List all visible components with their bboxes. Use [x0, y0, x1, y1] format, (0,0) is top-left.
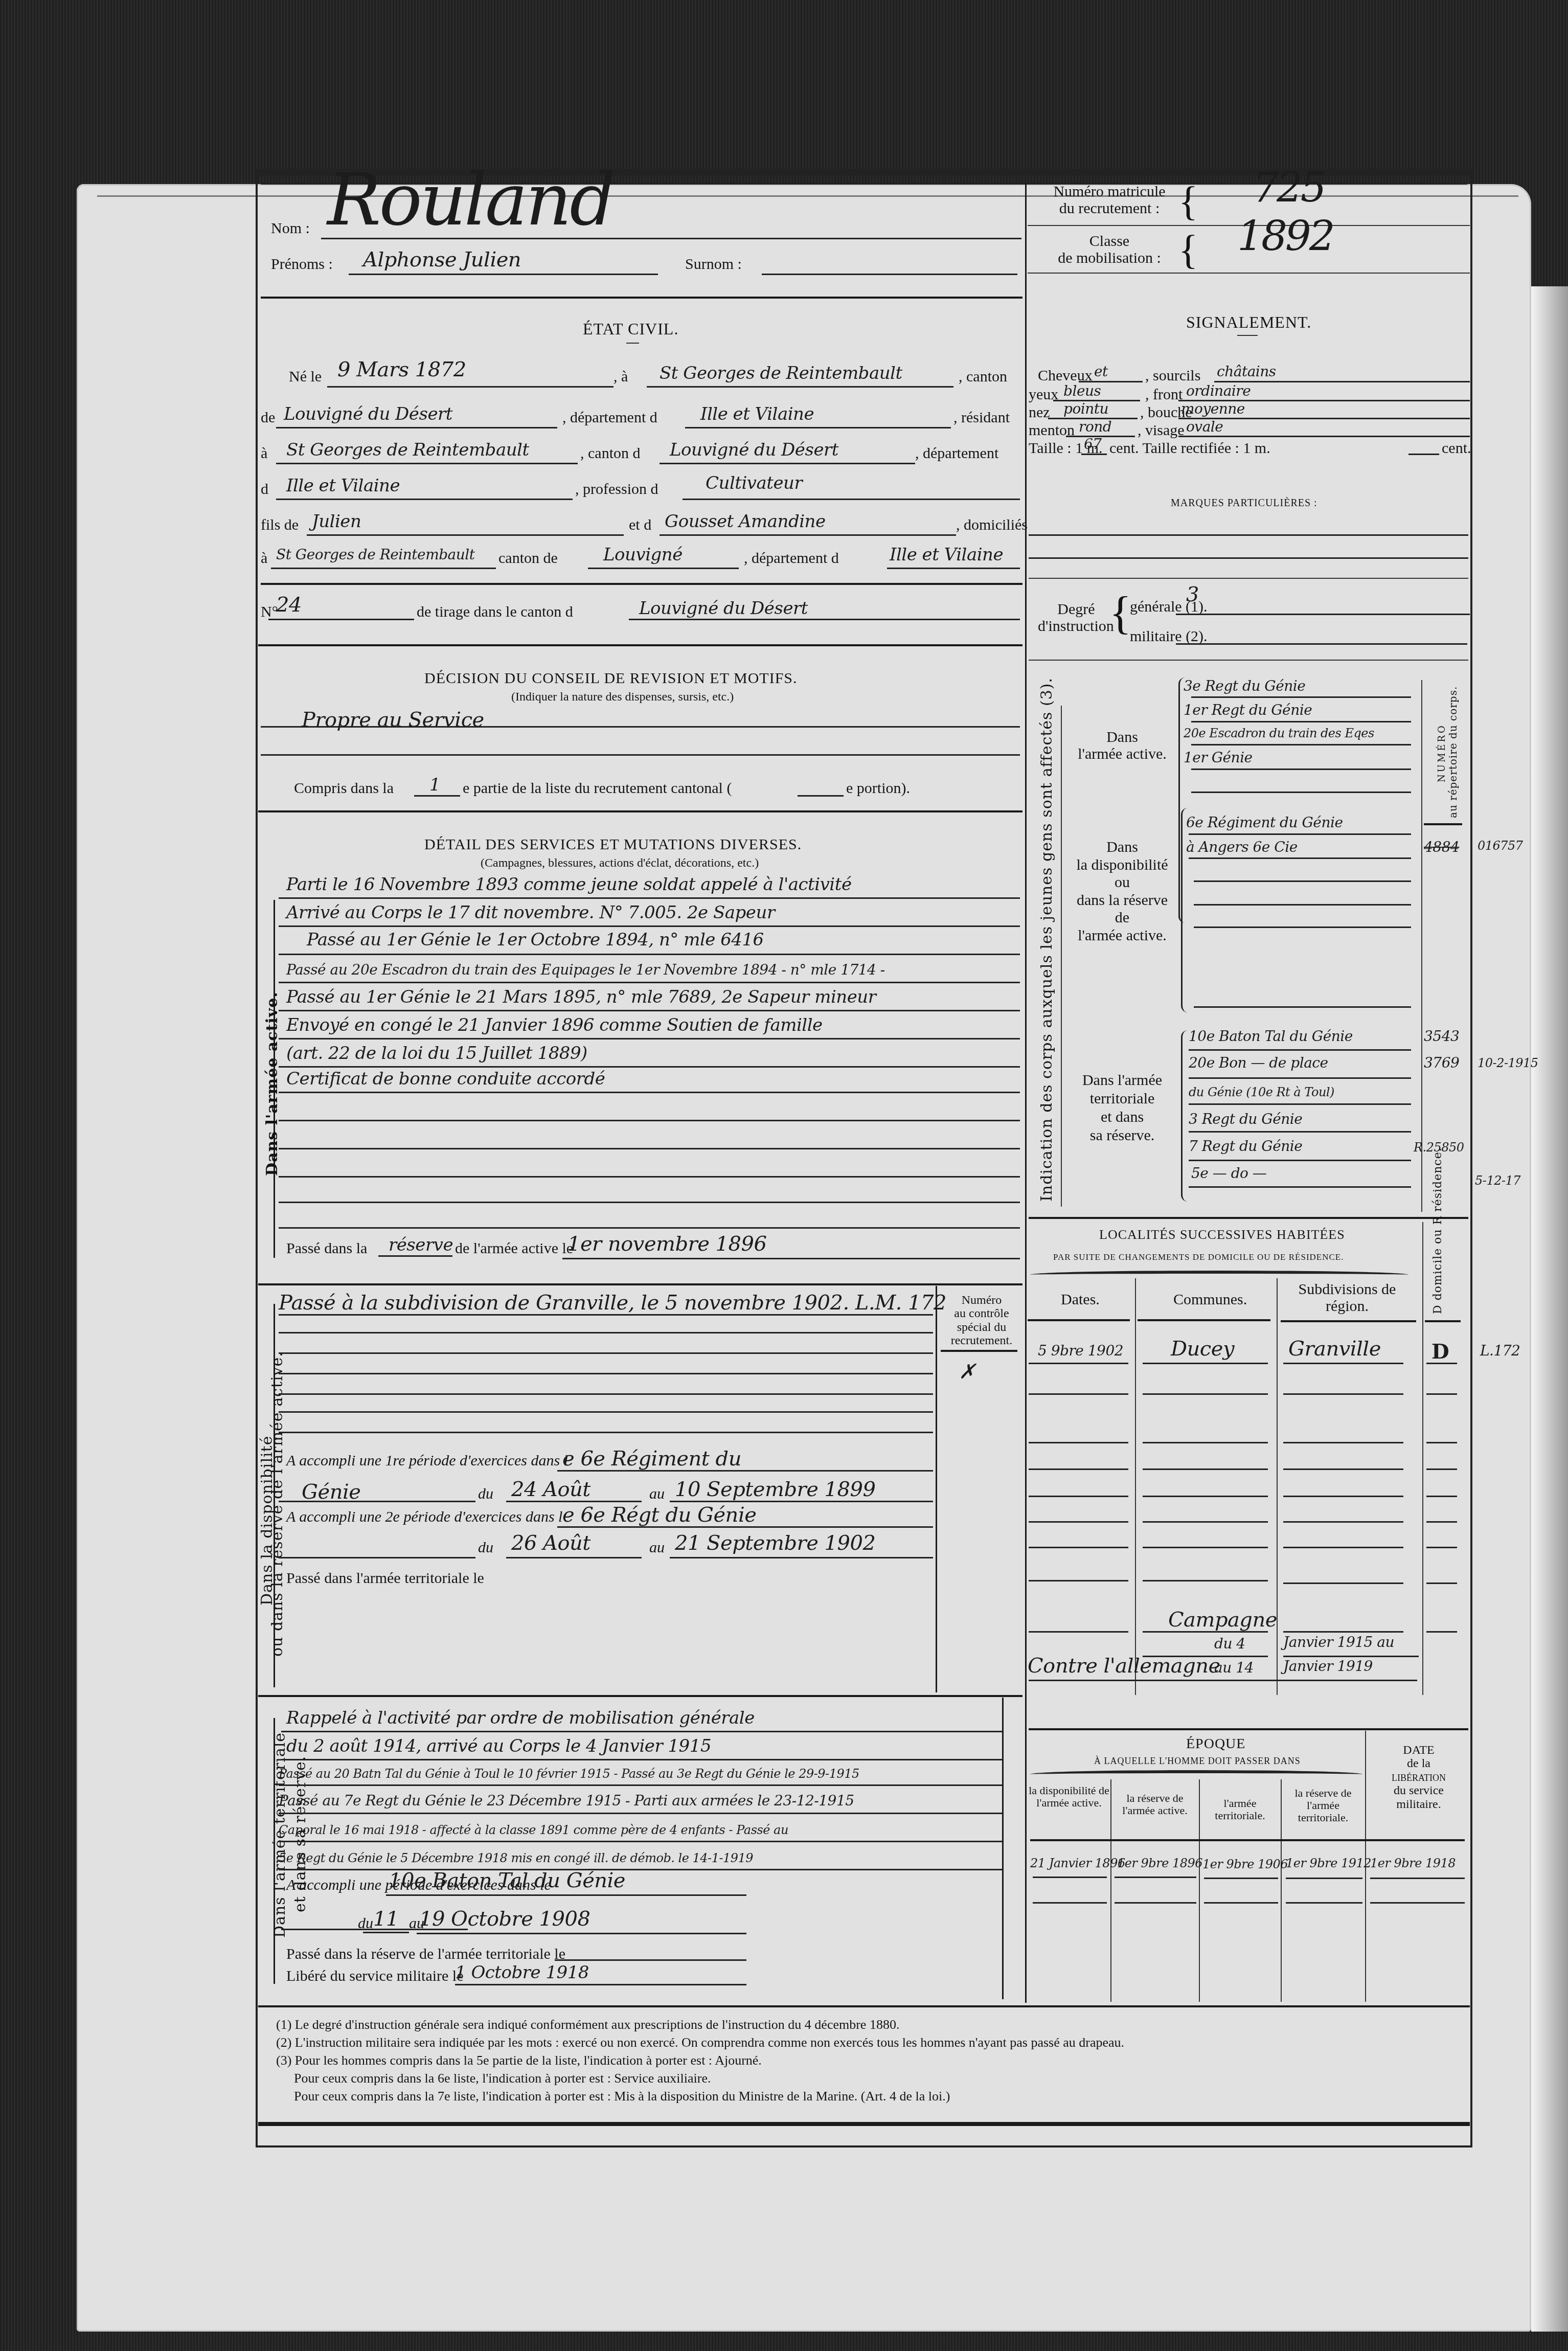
underline: [1214, 381, 1470, 382]
underline: [1143, 1468, 1268, 1470]
rule: [1029, 1728, 1468, 1730]
territoriale-numero[interactable]: 3543: [1424, 1028, 1459, 1045]
underline: [1426, 1442, 1457, 1443]
res-a-label: à: [261, 445, 267, 462]
underline: [1143, 1393, 1268, 1395]
disponibilite-numero[interactable]: 4884: [1424, 839, 1459, 855]
underline: [1283, 1363, 1403, 1364]
tirage-label: de tirage dans le canton d: [417, 603, 573, 620]
tirage-no-label: N°: [261, 603, 278, 620]
underline: [279, 1373, 933, 1374]
periode2-unit[interactable]: e 6e Régt du Génie: [562, 1503, 756, 1527]
column-divider: [1025, 183, 1027, 2003]
compris-value[interactable]: 1: [429, 775, 440, 795]
res-canton-label: , canton d: [580, 445, 640, 462]
taille-value[interactable]: 67: [1084, 436, 1102, 453]
epoque-col-header: la réserve de l'armée active.: [1112, 1792, 1198, 1817]
underline: [1178, 436, 1470, 437]
surnom-underline: [762, 274, 1017, 275]
underline: [455, 1984, 746, 1985]
fils-de-label: fils de: [261, 516, 299, 533]
underline: [1115, 1902, 1196, 1904]
front-value[interactable]: ordinaire: [1186, 382, 1251, 399]
col-divider: [1277, 1278, 1278, 1695]
classe-value[interactable]: 1892: [1237, 212, 1333, 260]
services-line[interactable]: Passé au 1er Génie le 21 Mars 1895, n° m…: [286, 987, 876, 1007]
underline: [1189, 1160, 1411, 1161]
label-line: et dans: [1101, 1109, 1144, 1125]
nez-value[interactable]: pointu: [1063, 400, 1108, 417]
rule: [1030, 1839, 1465, 1841]
mere-value[interactable]: Gousset Amandine: [665, 511, 826, 532]
decision-subtitle: (Indiquer la nature des dispenses, sursi…: [511, 690, 734, 704]
underline: [279, 1092, 1020, 1093]
classe-label-line: Classe: [1089, 233, 1129, 250]
underline: [261, 754, 1020, 756]
compris-label: Compris dans la: [294, 780, 394, 797]
epoque-value[interactable]: 1er 9bre 1906: [1202, 1857, 1288, 1871]
underline: [506, 1557, 642, 1558]
underline: [363, 1932, 409, 1933]
passe-reserve-value[interactable]: réserve: [389, 1235, 453, 1255]
label-line: militaire.: [1396, 1798, 1441, 1811]
underline: [279, 925, 1020, 927]
localite-subdivision[interactable]: Granville: [1288, 1337, 1381, 1361]
cheveux-value[interactable]: et: [1094, 363, 1108, 380]
underline: [1426, 1631, 1457, 1633]
services-line[interactable]: Envoyé en congé le 21 Janvier 1896 comme…: [286, 1015, 823, 1035]
active-label: Dans l'armée active.: [1069, 729, 1176, 762]
disponibilite-side-label-2: ou dans la réserve de l'armée active.: [268, 1351, 286, 1657]
matricule-label: Numéro matricule du recrutement :: [1033, 183, 1186, 217]
underline: [555, 1959, 746, 1961]
underline: [1029, 534, 1468, 536]
underline: [279, 1813, 1002, 1814]
label-line: ou: [1115, 874, 1130, 891]
underline: [1370, 1902, 1465, 1904]
campagne-line: du 4: [1214, 1635, 1245, 1652]
services-line[interactable]: Passé au 20e Escadron du train des Equip…: [286, 961, 885, 978]
epoque-col-header: l'armée territoriale.: [1200, 1797, 1280, 1822]
underline: [279, 1869, 1002, 1870]
epoque-title: ÉPOQUE: [1186, 1736, 1245, 1752]
underline: [261, 726, 1020, 728]
col-divider: [1110, 1779, 1111, 2002]
territoriale-line[interactable]: Passé au 7e Regt du Génie le 23 Décembre…: [279, 1792, 854, 1809]
departement-value[interactable]: Ille et Vilaine: [700, 404, 814, 424]
date-liberation-header: DATE de la LIBÉRATION du service militai…: [1370, 1744, 1467, 1811]
disponibilite-line[interactable]: Passé à la subdivision de Granville, le …: [279, 1291, 946, 1315]
territoriale-corps-line[interactable]: du Génie (10e Rt à Toul): [1189, 1085, 1334, 1099]
territoriale-periode-du[interactable]: 11: [373, 1907, 399, 1931]
underline: [1426, 1547, 1457, 1548]
underline: [1115, 1877, 1196, 1878]
rule: [261, 297, 1022, 299]
front-label: , front: [1145, 386, 1183, 403]
epoque-col-header: la réserve de l'armée territoriale.: [1282, 1787, 1364, 1824]
classe-label-line: de mobilisation :: [1058, 250, 1161, 266]
underline: [1029, 1580, 1128, 1581]
menton-value[interactable]: rond: [1079, 418, 1111, 435]
du-label: du: [478, 1539, 493, 1556]
underline: [629, 619, 1020, 620]
campagne-line: Janvier 1919: [1283, 1658, 1373, 1675]
campagne-line: Janvier 1915 au: [1283, 1634, 1394, 1651]
territoriale-corps-line[interactable]: 3 Regt du Génie: [1189, 1111, 1302, 1127]
territoriale-line[interactable]: du 2 août 1914, arrivé au Corps le 4 Jan…: [286, 1736, 711, 1756]
ornament-brace: [1030, 1271, 1408, 1279]
lieu-naissance-value[interactable]: St Georges de Reintembault: [660, 363, 902, 383]
rule: [1424, 823, 1462, 825]
underline: [1283, 1521, 1403, 1523]
footnote: (2) L'instruction militaire sera indiqué…: [276, 2035, 1124, 2050]
numero-header-line: au contrôle: [954, 1307, 1009, 1320]
epoque-value[interactable]: 1er 9bre 1912: [1286, 1856, 1371, 1870]
nom-underline: [321, 238, 1021, 239]
compris-label-2: e partie de la liste du recrutement cant…: [463, 780, 732, 797]
sourcils-value[interactable]: châtains: [1217, 363, 1276, 380]
services-line[interactable]: (art. 22 de la loi du 15 Juillet 1889): [286, 1043, 587, 1064]
prenoms-label: Prénoms :: [271, 256, 333, 273]
prenoms-value[interactable]: Alphonse Julien: [363, 248, 521, 272]
epoque-value[interactable]: 21 Janvier 1896: [1030, 1856, 1125, 1870]
rule: [258, 1695, 1022, 1697]
instruction-label: Degré d'instruction :: [1038, 601, 1115, 635]
numero-header-line: Numéro: [962, 1294, 1002, 1307]
periode1-unit[interactable]: e 6e Régiment du: [562, 1447, 741, 1471]
nez-label: nez: [1029, 404, 1050, 421]
underline: [281, 1731, 1002, 1732]
passe-territoriale-label: Passé dans l'armée territoriale le: [286, 1570, 484, 1587]
periode2-du[interactable]: 26 Août: [511, 1531, 590, 1555]
tirage-no-value[interactable]: 24: [276, 593, 302, 617]
marques-label: MARQUES PARTICULIÈRES :: [1171, 498, 1317, 509]
rule: [258, 810, 1022, 812]
col-divider: [1199, 1779, 1200, 2002]
epoque-value[interactable]: 1er 9bre 1896: [1117, 1856, 1202, 1870]
underline: [1029, 1547, 1128, 1548]
underline: [1029, 1631, 1128, 1633]
dom-value[interactable]: St Georges de Reintembault: [276, 546, 475, 563]
etat-civil-title: ÉTAT CIVIL.: [583, 320, 678, 338]
canton-value[interactable]: Louvigné du Désert: [284, 404, 452, 424]
territoriale-label: Dans l'armée territoriale et dans sa rés…: [1069, 1071, 1176, 1145]
rule: [1028, 1319, 1130, 1321]
underline: [1283, 1631, 1403, 1633]
ne-le-label: Né le: [289, 368, 322, 385]
underline: [1283, 1468, 1403, 1470]
reserve-territoriale-label: Passé dans la réserve de l'armée territo…: [286, 1946, 565, 1962]
underline: [1191, 792, 1411, 793]
au-label: au: [649, 1539, 665, 1556]
underline: [279, 1227, 1020, 1229]
underline: [1426, 1468, 1457, 1470]
campagne-line: au 14: [1214, 1659, 1254, 1676]
passe-date-value[interactable]: 1er novembre 1896: [567, 1232, 766, 1256]
periode1-du[interactable]: 24 Août: [511, 1478, 590, 1501]
rule: [1281, 1320, 1416, 1322]
underline: [1189, 833, 1411, 835]
margin-note: L.172: [1480, 1342, 1520, 1359]
underline: [1033, 1877, 1107, 1878]
underline: [279, 1432, 933, 1433]
classe-label: Classe de mobilisation :: [1033, 233, 1186, 266]
res-departement-label: , département: [915, 445, 998, 462]
underline: [1194, 904, 1411, 906]
pere-value[interactable]: Julien: [312, 511, 361, 532]
brace-icon: {: [1178, 179, 1198, 224]
services-line[interactable]: Passé au 1er Génie le 1er Octobre 1894, …: [307, 930, 764, 950]
rule: [626, 343, 639, 344]
underline: [1426, 1521, 1457, 1523]
underline: [279, 954, 1020, 955]
signalement-title: SIGNALEMENT.: [1186, 313, 1311, 332]
underline: [1286, 1902, 1362, 1904]
underline: [887, 568, 1020, 569]
services-title: DÉTAIL DES SERVICES ET MUTATIONS DIVERSE…: [424, 836, 802, 853]
territoriale-brace: [1181, 1030, 1188, 1202]
departement-label: , département d: [562, 409, 657, 426]
underline: [1283, 1583, 1403, 1584]
underline: [279, 982, 1020, 983]
territoriale-line[interactable]: Rappelé à l'activité par ordre de mobili…: [286, 1708, 755, 1728]
underline: [1143, 1521, 1268, 1523]
underline: [1408, 454, 1439, 455]
taille-label-3: cent.: [1442, 440, 1471, 457]
label-line: l'armée active.: [1078, 745, 1167, 762]
underline: [279, 897, 1020, 899]
underline: [271, 568, 496, 569]
du-label: du: [478, 1485, 493, 1502]
underline: [279, 1066, 1020, 1068]
libere-label: Libéré du service militaire le: [286, 1968, 464, 1984]
label-line: LIBÉRATION: [1392, 1773, 1446, 1783]
periode1-label: A accompli une 1re période d'exercices d…: [286, 1452, 568, 1469]
yeux-value[interactable]: bleus: [1063, 382, 1101, 399]
underline: [506, 1501, 642, 1502]
dom-departement-label: , département d: [744, 550, 839, 567]
underline: [276, 499, 573, 500]
underline: [1189, 1131, 1411, 1133]
corps-bracket: [1061, 706, 1062, 1207]
profession-value[interactable]: Cultivateur: [706, 473, 802, 493]
underline: [1191, 744, 1411, 745]
rule: [1029, 1217, 1468, 1219]
underline: [386, 1894, 746, 1896]
res-departement-value[interactable]: Ille et Vilaine: [286, 476, 400, 496]
label-line: dans la réserve: [1077, 892, 1168, 909]
territoriale-corps-line[interactable]: 20e Bon — de place: [1189, 1054, 1328, 1071]
et-de-label: et d: [629, 516, 651, 533]
underline: [276, 427, 557, 428]
a-label: , à: [613, 368, 628, 385]
underline: [279, 1038, 1020, 1039]
epoque-col-header: la disponibilité de l'armée active.: [1029, 1784, 1109, 1809]
underline: [670, 1557, 933, 1558]
dr-header: D domicile ou R résidence.: [1431, 1147, 1444, 1314]
underline: [1194, 1006, 1411, 1008]
numero-column-divider: [936, 1286, 937, 1692]
numero-header-line: spécial du: [957, 1321, 1007, 1334]
underline: [1029, 1521, 1128, 1523]
underline: [1176, 614, 1470, 615]
rule: [941, 1350, 1017, 1352]
next-page-edge: [1531, 286, 1568, 2332]
margin-note: 5-12-17: [1475, 1173, 1520, 1188]
underline: [1191, 721, 1411, 722]
dr-divider: [1422, 1222, 1423, 1695]
numero-header-line: recrutement.: [951, 1334, 1013, 1347]
territoriale-corps-line[interactable]: 5e — do —: [1191, 1165, 1266, 1182]
de-label: de: [261, 409, 275, 426]
underline: [279, 1841, 1002, 1842]
ne-le-value[interactable]: 9 Mars 1872: [337, 358, 466, 381]
territoriale-numero[interactable]: 3769: [1424, 1054, 1459, 1071]
taille-label-2: cent. Taille rectifiée : 1 m.: [1109, 440, 1270, 457]
underline: [1283, 1656, 1419, 1657]
underline: [414, 795, 460, 797]
numero-mark: ✗: [959, 1360, 975, 1384]
localites-title: LOCALITÉS SUCCESSIVES HABITÉES: [1099, 1227, 1345, 1242]
label-line: sa réserve.: [1090, 1127, 1155, 1144]
rule: [1237, 335, 1258, 336]
label-line: la disponibilité: [1076, 856, 1168, 873]
territoriale-line[interactable]: Caporal le 16 mai 1918 - affecté à la cl…: [279, 1823, 788, 1837]
res-canton-value[interactable]: Louvigné du Désert: [670, 440, 838, 460]
rule: [258, 2005, 1470, 2007]
underline: [276, 463, 578, 464]
territoriale-corps-line[interactable]: 7 Regt du Génie: [1189, 1138, 1302, 1155]
underline: [279, 1393, 933, 1395]
visage-label: , visage: [1138, 422, 1185, 439]
underline: [660, 463, 915, 464]
territoriale-line[interactable]: 5e Regt du Génie le 5 Décembre 1918 mis …: [279, 1851, 753, 1865]
localite-date[interactable]: 5 9bre 1902: [1038, 1342, 1123, 1359]
underline: [557, 1526, 933, 1528]
nom-label: Nom :: [271, 220, 310, 237]
territoriale-periode-unit[interactable]: 10e Baton Tal du Génie: [389, 1869, 625, 1892]
underline: [1143, 1547, 1268, 1548]
label-line: de: [1115, 909, 1129, 926]
underline: [1189, 1103, 1411, 1105]
ornament-brace: [1030, 1770, 1362, 1778]
residence-value[interactable]: St Georges de Reintembault: [286, 440, 529, 460]
underline: [279, 1332, 933, 1333]
nom-value[interactable]: Rouland: [327, 159, 613, 242]
epoque-value[interactable]: 1er 9bre 1918: [1370, 1856, 1456, 1870]
rule: [1028, 273, 1470, 274]
underline: [1143, 1580, 1268, 1581]
underline: [281, 1759, 1002, 1760]
underline: [1029, 1442, 1128, 1443]
tirage-canton-value[interactable]: Louvigné du Désert: [639, 598, 808, 619]
generale-value[interactable]: 3: [1186, 583, 1199, 606]
rule: [261, 583, 1022, 585]
underline: [279, 1148, 1020, 1149]
underline: [1283, 1393, 1403, 1395]
localite-commune[interactable]: Ducey: [1171, 1337, 1234, 1361]
territoriale-periode-au[interactable]: 19 Octobre 1908: [419, 1907, 590, 1931]
underline: [279, 1010, 1020, 1011]
services-line[interactable]: Arrivé au Corps le 17 dit novembre. N° 7…: [286, 902, 775, 923]
disponibilite-line[interactable]: 6e Régiment du Génie: [1186, 814, 1343, 831]
label-line: Dans: [1106, 839, 1138, 855]
underline: [268, 619, 414, 620]
territoriale-corps-line[interactable]: 10e Baton Tal du Génie: [1189, 1028, 1353, 1045]
margin-note: 016757: [1478, 839, 1523, 853]
dom-canton-label: canton de: [498, 550, 558, 567]
services-line[interactable]: Parti le 16 Novembre 1893 comme jeune so…: [286, 874, 852, 895]
dom-departement-value[interactable]: Ille et Vilaine: [890, 545, 1003, 565]
label-line: DATE: [1403, 1744, 1434, 1757]
brace-icon: {: [1178, 228, 1198, 273]
underline: [279, 1557, 475, 1558]
residant-label: , résidant: [953, 409, 1010, 426]
periode2-au[interactable]: 21 Septembre 1902: [675, 1531, 875, 1555]
footnote: (1) Le degré d'instruction générale sera…: [276, 2017, 899, 2032]
underline: [683, 499, 1020, 500]
underline: [1029, 1680, 1417, 1681]
active-line[interactable]: 20e Escadron du train des Eqes: [1184, 726, 1374, 740]
underline: [588, 568, 739, 569]
numero-repertoire-header-2: au répertoire du corps.: [1447, 686, 1459, 818]
underline: [685, 427, 951, 428]
instruction-label-line: Degré: [1057, 601, 1095, 618]
dom-canton-value[interactable]: Louvigné: [603, 545, 683, 565]
matricule-label-line: du recrutement :: [1059, 200, 1160, 217]
bouche-value[interactable]: moyenne: [1181, 400, 1245, 417]
territoriale-divider: [1002, 1698, 1004, 1999]
disponibilite-line[interactable]: à Angers 6e Cie: [1186, 839, 1298, 855]
localites-subtitle: PAR SUITE DE CHANGEMENTS DE DOMICILE OU …: [1053, 1253, 1344, 1262]
label-line: de la: [1407, 1757, 1430, 1770]
margin-note: 10-2-1915: [1478, 1056, 1538, 1070]
underline: [660, 534, 956, 536]
sourcils-label: , sourcils: [1145, 367, 1200, 384]
active-line[interactable]: 3e Regt du Génie: [1184, 677, 1305, 694]
visage-value[interactable]: ovale: [1186, 418, 1223, 435]
communes-header: Communes.: [1173, 1291, 1247, 1308]
services-line[interactable]: Certificat de bonne conduite accordé: [286, 1069, 605, 1089]
res-dept-prefix: d: [261, 481, 268, 498]
numero-header: Numéro au contrôle spécial du recrutemen…: [943, 1294, 1020, 1348]
territoriale-line[interactable]: Passé au 20 Batn Tal du Génie à Toul le …: [279, 1767, 859, 1781]
active-line[interactable]: 1er Regt du Génie: [1184, 702, 1312, 718]
underline: [1191, 768, 1411, 770]
periode2-label: A accompli une 2e période d'exercices da…: [286, 1508, 562, 1525]
militaire-label: militaire (2).: [1130, 628, 1208, 645]
libere-value[interactable]: 1 Octobre 1918: [455, 1962, 589, 1983]
periode1-au[interactable]: 10 Septembre 1899: [675, 1478, 875, 1501]
localite-dr[interactable]: D: [1431, 1340, 1449, 1364]
underline: [1081, 454, 1107, 455]
footnote: Pour ceux compris dans la 6e liste, l'in…: [294, 2071, 711, 2086]
decision-value[interactable]: Propre au Service: [302, 708, 484, 732]
underline: [279, 1176, 1020, 1178]
underline: [279, 1411, 933, 1413]
matricule-value[interactable]: 725: [1253, 164, 1325, 211]
numero-repertoire-divider: [1421, 680, 1422, 1212]
underline: [279, 1352, 933, 1354]
underline: [307, 534, 624, 536]
underline: [1143, 1442, 1268, 1443]
dom-a-label: à: [261, 550, 267, 567]
numero-repertoire-header-1: NUMÉRO: [1437, 724, 1447, 782]
active-line[interactable]: 1er Génie: [1184, 749, 1253, 766]
underline: [1283, 1496, 1403, 1497]
footnote: Pour ceux compris dans la 7e liste, l'in…: [294, 2089, 950, 2104]
footnote: (3) Pour les hommes compris dans la 5e p…: [276, 2053, 762, 2068]
